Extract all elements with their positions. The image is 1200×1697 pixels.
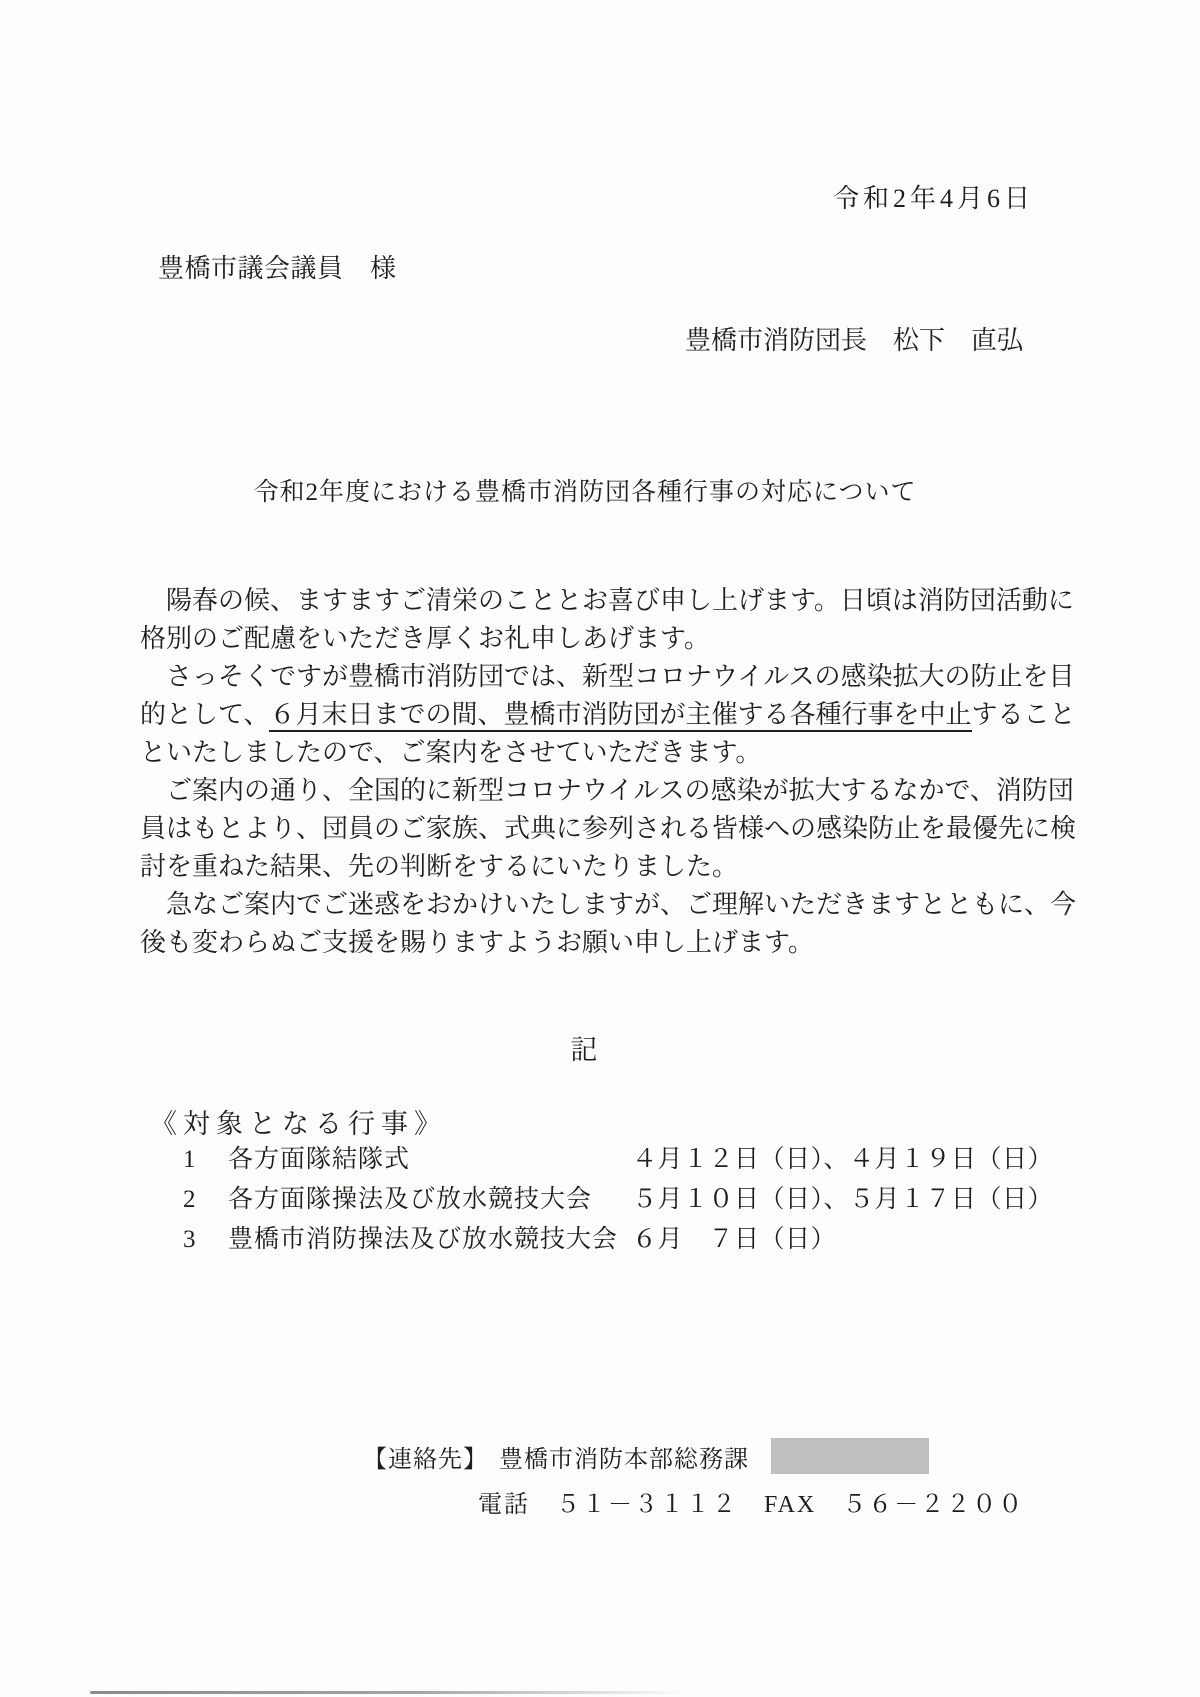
cancellation-underlined-text: ６月末日までの間、豊橋市消防団が主催する各種行事を中止 xyxy=(269,700,971,732)
document-date: 令和2年4月6日 xyxy=(0,178,1034,215)
events-heading: 《対象となる行事》 xyxy=(150,1102,447,1141)
event-dates: ５月１０日（日）、５月１７日（日） xyxy=(632,1180,1053,1220)
paragraph-cancellation: さっそくですが豊橋市消防団では、新型コロナウイルスの感染拡大の防止を目的として、… xyxy=(140,658,1085,772)
addressee: 豊橋市議会議員 様 xyxy=(158,248,397,285)
paragraph-greeting: 陽春の候、ますますご清栄のこととお喜び申し上げます。日頃は消防団活動に格別のご配… xyxy=(140,582,1085,658)
contact-label: 【連絡先】 xyxy=(363,1439,488,1474)
event-dates: ４月１２日（日）、４月１９日（日） xyxy=(632,1140,1053,1180)
record-marker: 記 xyxy=(0,1028,1200,1067)
scan-artifact-line xyxy=(90,1691,690,1694)
document-title: 令和2年度における豊橋市消防団各種行事の対応について xyxy=(0,472,1200,508)
scanned-letter-page: 令和2年4月6日 豊橋市議会議員 様 豊橋市消防団長 松下 直弘 令和2年度にお… xyxy=(0,0,1200,1697)
paragraph-apology: 急なご案内でご迷惑をおかけいたしますが、ご理解いただきますとともに、今後も変わら… xyxy=(140,886,1085,962)
redaction-box xyxy=(771,1438,929,1474)
event-number: 1 xyxy=(183,1140,228,1180)
events-list: 1 各方面隊結隊式 ４月１２日（日）、４月１９日（日） 2 各方面隊操法及び放水… xyxy=(183,1140,1053,1260)
letter-body: 陽春の候、ますますご清栄のこととお喜び申し上げます。日頃は消防団活動に格別のご配… xyxy=(140,582,1085,962)
event-number: 3 xyxy=(183,1220,228,1260)
event-row-2: 2 各方面隊操法及び放水競技大会 ５月１０日（日）、５月１７日（日） xyxy=(183,1180,1053,1220)
event-row-3: 3 豊橋市消防操法及び放水競技大会 ６月 ７日（日） xyxy=(183,1220,1053,1260)
event-number: 2 xyxy=(183,1180,228,1220)
contact-department: 豊橋市消防本部総務課 xyxy=(499,1439,749,1474)
event-name: 各方面隊操法及び放水競技大会 xyxy=(228,1180,632,1220)
paragraph-reason: ご案内の通り、全国的に新型コロナウイルスの感染が拡大するなかで、消防団員はもとよ… xyxy=(140,772,1085,886)
sender: 豊橋市消防団長 松下 直弘 xyxy=(0,320,1023,357)
event-dates: ６月 ７日（日） xyxy=(632,1220,836,1260)
contact-phone-fax: 電話 ５１－３１１２ FAX ５６－２２００ xyxy=(478,1484,1024,1519)
event-name: 各方面隊結隊式 xyxy=(228,1140,632,1180)
contact-line: 【連絡先】 豊橋市消防本部総務課 xyxy=(363,1438,929,1474)
event-row-1: 1 各方面隊結隊式 ４月１２日（日）、４月１９日（日） xyxy=(183,1140,1053,1180)
event-name: 豊橋市消防操法及び放水競技大会 xyxy=(228,1220,632,1260)
